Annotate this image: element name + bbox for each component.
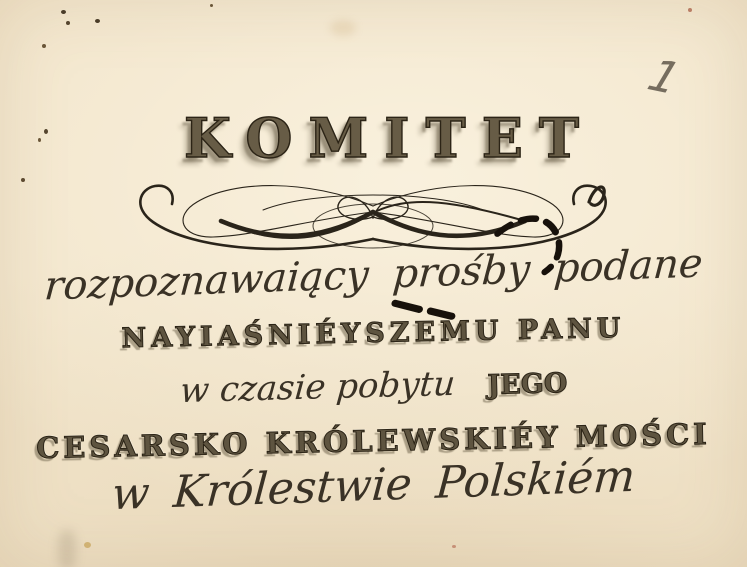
foxing-speck xyxy=(66,21,70,25)
line1-word-3: podane xyxy=(552,240,704,291)
pencil-page-number: 1 xyxy=(641,50,686,104)
foxing-speck xyxy=(21,178,25,182)
foxing-speck xyxy=(95,19,100,23)
line1-word-2-annotated: prośby xyxy=(391,246,532,297)
scanned-document-page: KOMITET rozpoznawaiącyprośbypodane NAYIA… xyxy=(0,0,747,567)
foxing-speck xyxy=(44,129,48,134)
document-title: KOMITET xyxy=(0,106,747,170)
foxing-speck xyxy=(38,138,41,142)
mixed-line-3: w czasie pobytu JEGO xyxy=(0,356,747,416)
line1-word-2: prośby xyxy=(391,246,532,297)
line3-script-text: w czasie pobytu xyxy=(178,364,456,411)
foxing-speck xyxy=(688,8,692,12)
foxing-speck xyxy=(42,44,46,48)
foxing-speck xyxy=(61,10,66,14)
ornate-line-2: NAYIAŚNIÉYSZEMU PANU xyxy=(0,310,747,357)
line3-caps-text: JEGO xyxy=(487,368,568,401)
foxing-speck xyxy=(210,4,213,7)
foxing-speck xyxy=(84,542,91,548)
paper-stain xyxy=(330,20,356,36)
foxing-speck xyxy=(452,545,456,548)
paper-smudge xyxy=(58,530,76,567)
